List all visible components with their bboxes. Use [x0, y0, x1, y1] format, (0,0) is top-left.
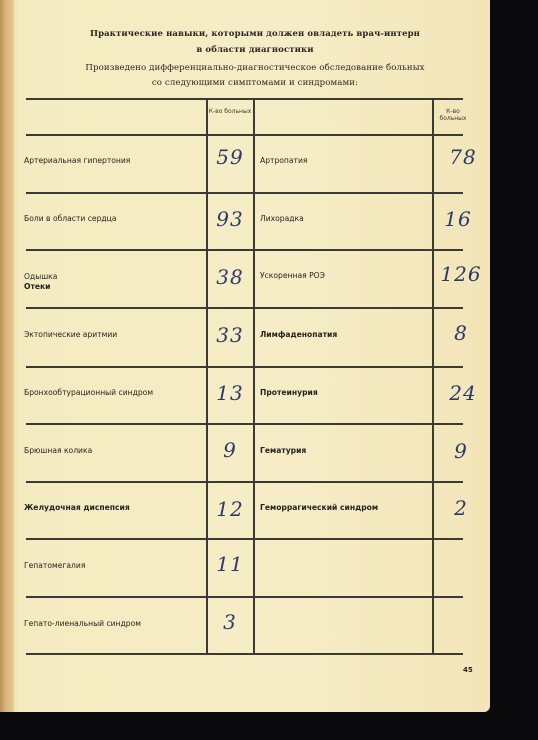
symptom-label: Одышка: [24, 272, 57, 282]
symptom-label: Артериальная гипертония: [24, 156, 130, 166]
patient-count: 38: [207, 266, 253, 288]
patient-count: 11: [207, 553, 253, 575]
document-subtitle: Произведено дифференциально-диагностичес…: [30, 63, 480, 73]
patient-count: 24: [433, 382, 493, 404]
patient-count: 13: [207, 382, 253, 404]
table-rule: [26, 538, 463, 540]
symptom-label: Лимфаденопатия: [260, 330, 337, 340]
patient-count: 16: [433, 208, 483, 230]
patient-count: 59: [207, 146, 253, 168]
symptom-label: Гепатомегалия: [24, 561, 85, 571]
column-header-count-right: К-во больных: [433, 108, 473, 122]
table-rule: [26, 134, 463, 136]
patient-count: 3: [207, 611, 253, 633]
symptom-label: Боли в области сердца: [24, 214, 116, 224]
patient-count: 8: [433, 322, 489, 344]
symptom-label: Эктопические аритмии: [24, 330, 117, 340]
patient-count: 33: [207, 324, 253, 346]
table-rule: [26, 307, 463, 309]
table-column-rule: [253, 100, 255, 654]
symptom-label: Гематурия: [260, 446, 306, 456]
symptom-label: Ускоренная РОЭ: [260, 271, 325, 281]
patient-count: 12: [207, 498, 253, 520]
table-column-rule: [432, 100, 434, 654]
page-number: 45: [463, 666, 473, 674]
symptom-label: Брюшная колика: [24, 446, 92, 456]
table-rule: [26, 423, 463, 425]
patient-count: 93: [207, 208, 253, 230]
document-subtitle-line2: со следующими симптомами и синдромами:: [30, 78, 480, 88]
book-spine: [0, 0, 14, 712]
patient-count: 78: [433, 146, 493, 168]
table-rule: [26, 653, 463, 655]
table-rule: [26, 249, 463, 251]
symptom-label: Отеки: [24, 282, 50, 292]
document-page: Практические навыки, которыми должен овл…: [0, 0, 490, 712]
symptom-label: Протеинурия: [260, 388, 318, 398]
symptom-label: Артропатия: [260, 156, 307, 166]
symptom-label: Геморрагический синдром: [260, 503, 378, 513]
table-rule: [26, 481, 463, 483]
table-rule: [26, 366, 463, 368]
document-title: Практические навыки, которыми должен овл…: [30, 29, 480, 39]
symptom-label: Гепато-лиенальный синдром: [24, 619, 141, 629]
symptom-label: Лихорадка: [260, 214, 304, 224]
patient-count: 9: [433, 440, 489, 462]
patient-count: 2: [433, 497, 489, 519]
symptom-label: Бронхообтурационный синдром: [24, 388, 153, 398]
symptom-label: Желудочная диспепсия: [24, 503, 130, 513]
table-rule: [26, 192, 463, 194]
column-header-count-left: К-во больных: [207, 108, 253, 115]
table-rule: [26, 98, 463, 100]
patient-count: 9: [207, 439, 253, 461]
document-title-line2: в области диагностики: [30, 45, 480, 55]
table-rule: [26, 596, 463, 598]
patient-count: 126: [433, 263, 489, 285]
